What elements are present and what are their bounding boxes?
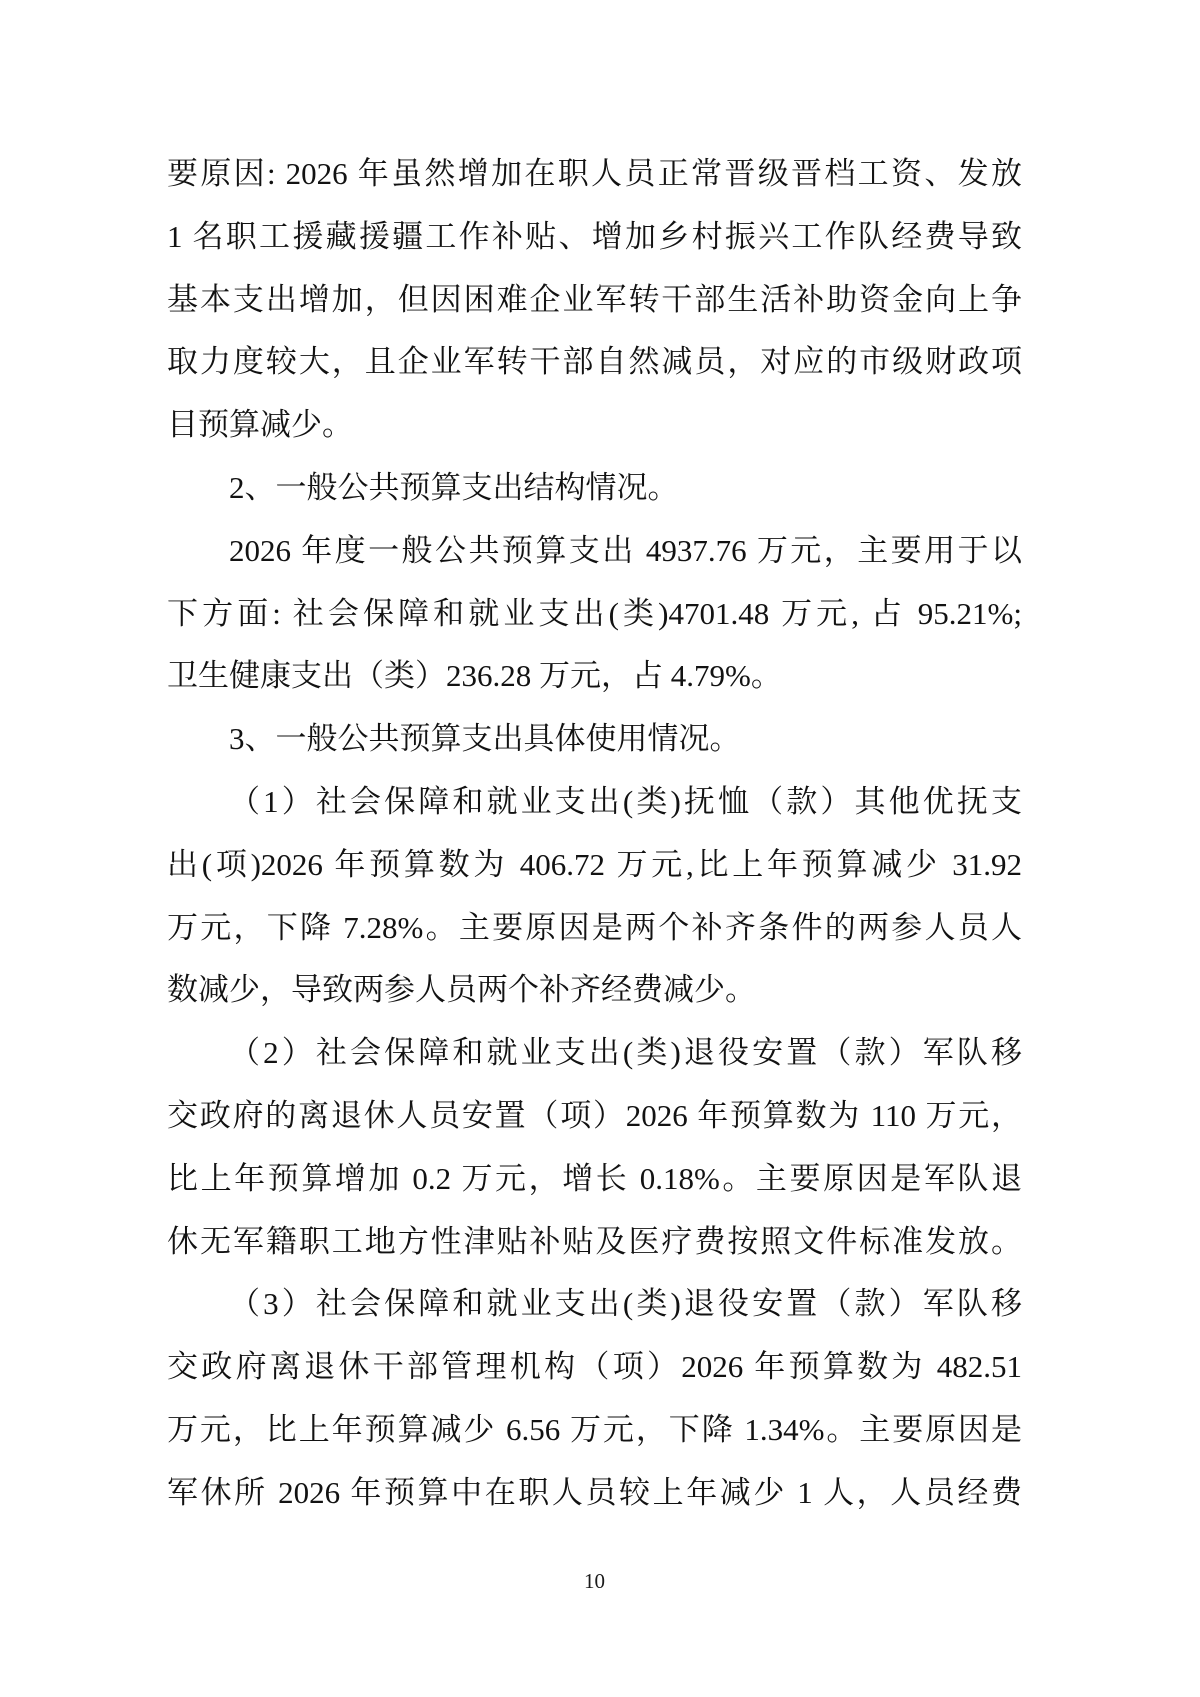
document-page: 要原因: 2026 年虽然增加在职人员正常晋级晋档工资、发放 1 名职工援藏援疆… xyxy=(0,0,1200,1697)
text-line: 基本支出增加，但因困难企业军转干部生活补助资金向上争 xyxy=(167,269,1022,332)
text-line: 交政府离退休干部管理机构（项）2026 年预算数为 482.51 xyxy=(167,1336,1022,1399)
text-line: 交政府的离退休人员安置（项）2026 年预算数为 110 万元， xyxy=(167,1085,1022,1148)
section-heading: 2、一般公共预算支出结构情况。 xyxy=(167,457,1022,520)
section-heading: 3、一般公共预算支出具体使用情况。 xyxy=(167,708,1022,771)
text-line: 万元，下降 7.28%。主要原因是两个补齐条件的两参人员人 xyxy=(167,897,1022,960)
text-line: （1）社会保障和就业支出(类)抚恤（款）其他优抚支 xyxy=(167,771,1022,834)
text-line: 下方面: 社会保障和就业支出(类)4701.48 万元, 占 95.21%; xyxy=(167,583,1022,646)
text-line: 1 名职工援藏援疆工作补贴、增加乡村振兴工作队经费导致 xyxy=(167,206,1022,269)
text-line: 取力度较大，且企业军转干部自然减员，对应的市级财政项 xyxy=(167,331,1022,394)
text-line: 2026 年度一般公共预算支出 4937.76 万元，主要用于以 xyxy=(167,520,1022,583)
text-line: 休无军籍职工地方性津贴补贴及医疗费按照文件标准发放。 xyxy=(167,1211,1022,1274)
document-body: 要原因: 2026 年虽然增加在职人员正常晋级晋档工资、发放 1 名职工援藏援疆… xyxy=(167,143,1022,1525)
text-line: 比上年预算增加 0.2 万元，增长 0.18%。主要原因是军队退 xyxy=(167,1148,1022,1211)
text-line: 军休所 2026 年预算中在职人员较上年减少 1 人，人员经费 xyxy=(167,1462,1022,1525)
text-line: 卫生健康支出（类）236.28 万元，占 4.79%。 xyxy=(167,645,1022,708)
text-line: 数减少，导致两参人员两个补齐经费减少。 xyxy=(167,959,1022,1022)
text-line: （2）社会保障和就业支出(类)退役安置（款）军队移 xyxy=(167,1022,1022,1085)
text-line: 万元，比上年预算减少 6.56 万元，下降 1.34%。主要原因是 xyxy=(167,1399,1022,1462)
page-number: 10 xyxy=(167,1566,1022,1596)
text-line: 要原因: 2026 年虽然增加在职人员正常晋级晋档工资、发放 xyxy=(167,143,1022,206)
text-line: （3）社会保障和就业支出(类)退役安置（款）军队移 xyxy=(167,1273,1022,1336)
text-line: 出(项)2026 年预算数为 406.72 万元,比上年预算减少 31.92 xyxy=(167,834,1022,897)
text-line: 目预算减少。 xyxy=(167,394,1022,457)
